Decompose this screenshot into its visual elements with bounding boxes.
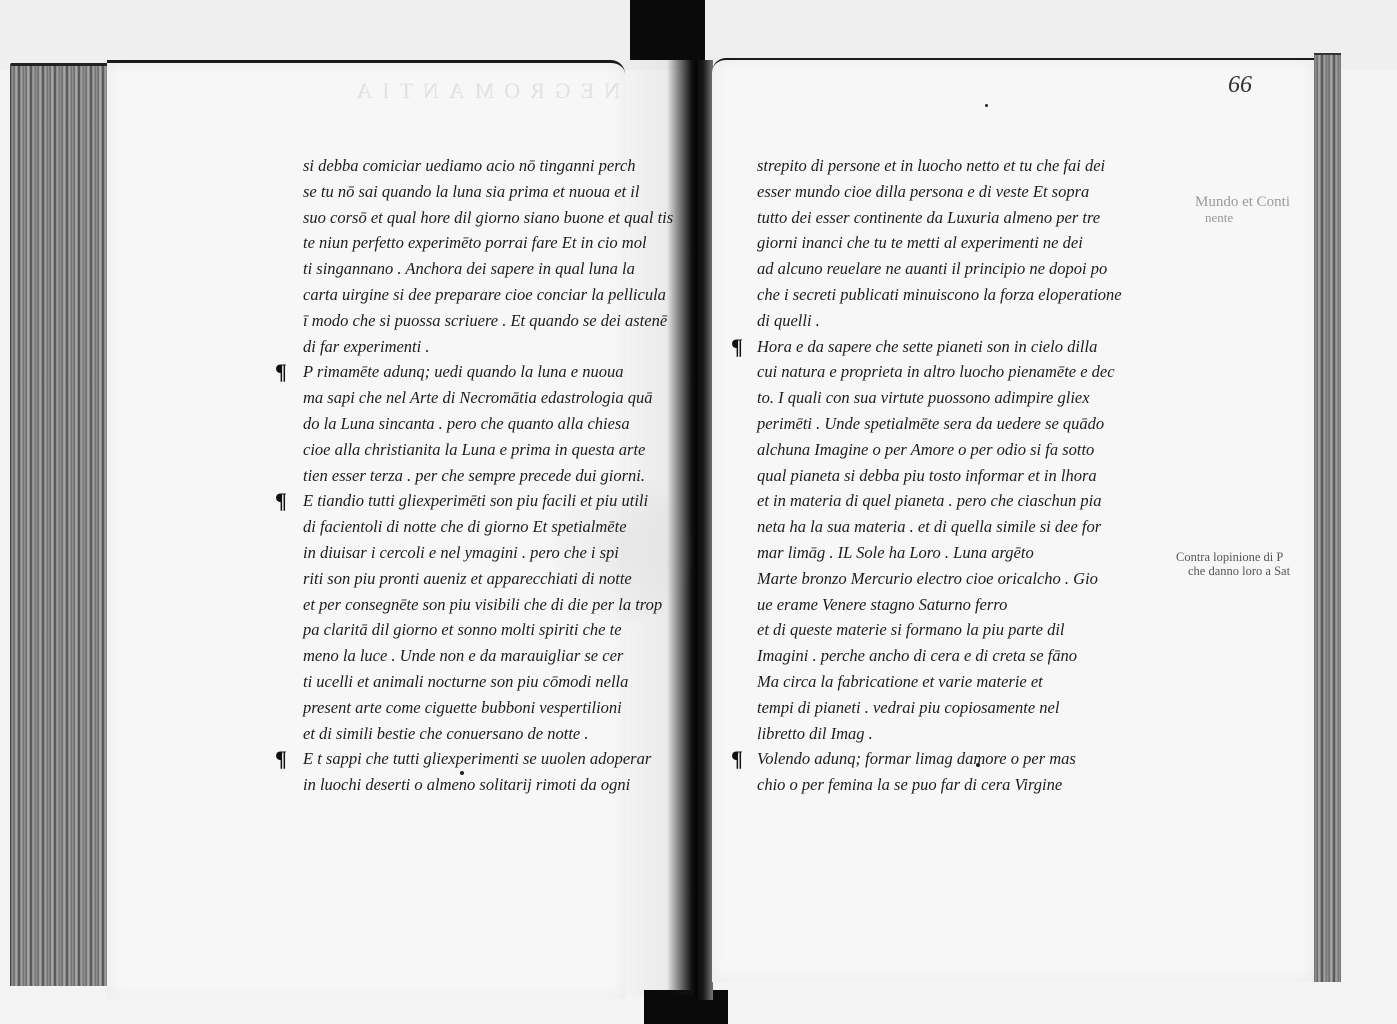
line-text: suo corsō et qual hore dil giorno siano …: [303, 208, 673, 227]
line-text: tempi di pianeti . vedrai piu copiosamen…: [757, 698, 1059, 717]
line-text: et di simili bestie che conuersano de no…: [303, 724, 588, 743]
pilcrow-icon: ¶: [275, 359, 287, 385]
line-text: Imagini . perche ancho di cera e di cret…: [757, 646, 1077, 665]
manuscript-line: present arte come ciguette bubboni vespe…: [303, 695, 698, 721]
pilcrow-icon: ¶: [731, 746, 743, 772]
line-text: strepito di persone et in luocho netto e…: [757, 156, 1105, 175]
line-text: cui natura e proprieta in altro luocho p…: [757, 362, 1115, 381]
manuscript-line: alchuna Imagine o per Amore o per odio s…: [757, 437, 1152, 463]
manuscript-line: carta uirgine si dee preparare cioe conc…: [303, 282, 698, 308]
line-text: in diuisar i cercoli e nel ymagini . per…: [303, 543, 619, 562]
pilcrow-icon: ¶: [275, 488, 287, 514]
line-text: te niun perfetto experimēto porrai fare …: [303, 233, 647, 252]
line-text: riti son piu pronti aueniz et apparecchi…: [303, 569, 632, 588]
line-text: che i secreti publicati minuiscono la fo…: [757, 285, 1122, 304]
line-text: carta uirgine si dee preparare cioe conc…: [303, 285, 666, 304]
line-text: meno la luce . Unde non e da marauigliar…: [303, 646, 623, 665]
line-text: giorni inanci che tu te metti al experim…: [757, 233, 1083, 252]
line-text: libretto dil Imag .: [757, 724, 873, 743]
manuscript-line: mar limāg . IL Sole ha Loro . Luna argēt…: [757, 540, 1152, 566]
manuscript-line: di far experimenti .: [303, 334, 698, 360]
manuscript-line: ¶P rimamēte adunq; uedi quando la luna e…: [303, 359, 698, 385]
line-text: di quelli .: [757, 311, 820, 330]
manuscript-line: tien esser terza . per che sempre preced…: [303, 463, 698, 489]
line-text: neta ha la sua materia . et di quella si…: [757, 517, 1101, 536]
folio-number: 66: [1228, 72, 1252, 99]
line-text: Marte bronzo Mercurio electro cioe orica…: [757, 569, 1098, 588]
manuscript-line: perimēti . Unde spetialmēte sera da uede…: [757, 411, 1152, 437]
line-text: di far experimenti .: [303, 337, 429, 356]
manuscript-line: in diuisar i cercoli e nel ymagini . per…: [303, 540, 698, 566]
line-text: et per consegnēte son piu visibili che d…: [303, 595, 662, 614]
line-text: ue erame Venere stagno Saturno ferro: [757, 595, 1007, 614]
manuscript-line: ue erame Venere stagno Saturno ferro: [757, 592, 1152, 618]
manuscript-line: libretto dil Imag .: [757, 721, 1152, 747]
manuscript-line: Ma circa la fabricatione et varie materi…: [757, 669, 1152, 695]
ink-dot: [985, 104, 988, 107]
manuscript-line: Imagini . perche ancho di cera e di cret…: [757, 643, 1152, 669]
manuscript-line: riti son piu pronti aueniz et apparecchi…: [303, 566, 698, 592]
line-text: esser mundo cioe dilla persona e di vest…: [757, 182, 1089, 201]
manuscript-line: tutto dei esser continente da Luxuria al…: [757, 205, 1152, 231]
manuscript-line: strepito di persone et in luocho netto e…: [757, 153, 1152, 179]
line-text: Ma circa la fabricatione et varie materi…: [757, 672, 1043, 691]
pilcrow-icon: ¶: [275, 746, 287, 772]
marginal-line: che danno loro a Sat: [1176, 564, 1290, 578]
manuscript-line: ti ucelli et animali nocturne son piu cō…: [303, 669, 698, 695]
manuscript-line: se tu nō sai quando la luna sia prima et…: [303, 179, 698, 205]
line-text: to. I quali con sua virtute puossono adi…: [757, 388, 1090, 407]
line-text: et di queste materie si formano la piu p…: [757, 620, 1065, 639]
manuscript-line: Marte bronzo Mercurio electro cioe orica…: [757, 566, 1152, 592]
manuscript-line: to. I quali con sua virtute puossono adi…: [757, 385, 1152, 411]
manuscript-line: tempi di pianeti . vedrai piu copiosamen…: [757, 695, 1152, 721]
line-text: do la Luna sincanta . pero che quanto al…: [303, 414, 630, 433]
manuscript-line: do la Luna sincanta . pero che quanto al…: [303, 411, 698, 437]
right-page-edges: [1314, 53, 1341, 982]
marginal-line: Mundo et Conti: [1195, 195, 1290, 210]
line-text: ad alcuno reuelare ne auanti il principi…: [757, 259, 1107, 278]
line-text: perimēti . Unde spetialmēte sera da uede…: [757, 414, 1104, 433]
line-text: cioe alla christianita la Luna e prima i…: [303, 440, 645, 459]
left-page-edges: [10, 63, 108, 986]
marginal-note-contra: Contra lopinione di P che danno loro a S…: [1176, 550, 1290, 578]
manuscript-line: di quelli .: [757, 308, 1152, 334]
manuscript-line: neta ha la sua materia . et di quella si…: [757, 514, 1152, 540]
manuscript-line: et di queste materie si formano la piu p…: [757, 617, 1152, 643]
line-text: E tiandio tutti gliexperimēti son piu fa…: [303, 491, 648, 510]
manuscript-line: pa claritā dil giorno et sonno molti spi…: [303, 617, 698, 643]
line-text: ī modo che si puossa scriuere . Et quand…: [303, 311, 667, 330]
line-text: tutto dei esser continente da Luxuria al…: [757, 208, 1100, 227]
manuscript-line: che i secreti publicati minuiscono la fo…: [757, 282, 1152, 308]
line-text: present arte come ciguette bubboni vespe…: [303, 698, 622, 717]
line-text: E t sappi che tutti gliexperimenti se uu…: [303, 749, 651, 768]
manuscript-line: qual pianeta si debba piu tosto informar…: [757, 463, 1152, 489]
manuscript-line: suo corsō et qual hore dil giorno siano …: [303, 205, 698, 231]
manuscript-line: ī modo che si puossa scriuere . Et quand…: [303, 308, 698, 334]
manuscript-line: ¶E tiandio tutti gliexperimēti son piu f…: [303, 488, 698, 514]
line-text: si debba comiciar uediamo acio nō tingan…: [303, 156, 636, 175]
spine-shadow-top: [630, 0, 705, 60]
line-text: chio o per femina la se puo far di cera …: [757, 775, 1062, 794]
line-text: et in materia di quel pianeta . pero che…: [757, 491, 1101, 510]
line-text: pa claritā dil giorno et sonno molti spi…: [303, 620, 622, 639]
manuscript-line: ¶Volendo adunq; formar limag damore o pe…: [757, 746, 1152, 772]
manuscript-line: et di simili bestie che conuersano de no…: [303, 721, 698, 747]
showthrough-heading: NEGROMANTIA: [320, 78, 620, 104]
line-text: Hora e da sapere che sette pianeti son i…: [757, 337, 1097, 356]
line-text: alchuna Imagine o per Amore o per odio s…: [757, 440, 1094, 459]
manuscript-line: ti singannano . Anchora dei sapere in qu…: [303, 256, 698, 282]
line-text: ti ucelli et animali nocturne son piu cō…: [303, 672, 628, 691]
ink-dot: [460, 771, 464, 775]
line-text: in luochi deserti o almeno solitarij rim…: [303, 775, 630, 794]
manuscript-line: si debba comiciar uediamo acio nō tingan…: [303, 153, 698, 179]
manuscript-line: esser mundo cioe dilla persona e di vest…: [757, 179, 1152, 205]
line-text: mar limāg . IL Sole ha Loro . Luna argēt…: [757, 543, 1034, 562]
line-text: di facientoli di notte che di giorno Et …: [303, 517, 627, 536]
manuscript-line: ad alcuno reuelare ne auanti il principi…: [757, 256, 1152, 282]
line-text: P rimamēte adunq; uedi quando la luna e …: [303, 362, 624, 381]
manuscript-line: meno la luce . Unde non e da marauigliar…: [303, 643, 698, 669]
line-text: ma sapi che nel Arte di Necromātia edast…: [303, 388, 653, 407]
line-text: se tu nō sai quando la luna sia prima et…: [303, 182, 639, 201]
line-text: Volendo adunq; formar limag damore o per…: [757, 749, 1076, 768]
line-text: qual pianeta si debba piu tosto informar…: [757, 466, 1097, 485]
book-gutter: [697, 60, 713, 1000]
manuscript-line: di facientoli di notte che di giorno Et …: [303, 514, 698, 540]
marginal-line: nente: [1195, 210, 1290, 225]
manuscript-line: et per consegnēte son piu visibili che d…: [303, 592, 698, 618]
manuscript-line: in luochi deserti o almeno solitarij rim…: [303, 772, 698, 798]
ink-dot: [976, 763, 980, 767]
manuscript-line: giorni inanci che tu te metti al experim…: [757, 230, 1152, 256]
manuscript-line: ma sapi che nel Arte di Necromātia edast…: [303, 385, 698, 411]
manuscript-line: cui natura e proprieta in altro luocho p…: [757, 359, 1152, 385]
manuscript-line: et in materia di quel pianeta . pero che…: [757, 488, 1152, 514]
line-text: tien esser terza . per che sempre preced…: [303, 466, 645, 485]
marginal-note-mundo: Mundo et Conti nente: [1195, 195, 1290, 225]
pilcrow-icon: ¶: [731, 334, 743, 360]
line-text: ti singannano . Anchora dei sapere in qu…: [303, 259, 635, 278]
right-page-text: strepito di persone et in luocho netto e…: [757, 153, 1152, 798]
left-page-text: si debba comiciar uediamo acio nō tingan…: [303, 153, 698, 798]
manuscript-line: ¶E t sappi che tutti gliexperimenti se u…: [303, 746, 698, 772]
manuscript-line: te niun perfetto experimēto porrai fare …: [303, 230, 698, 256]
manuscript-line: chio o per femina la se puo far di cera …: [757, 772, 1152, 798]
spine-shadow-bottom: [644, 990, 728, 1024]
manuscript-line: ¶Hora e da sapere che sette pianeti son …: [757, 334, 1152, 360]
marginal-line: Contra lopinione di P: [1176, 550, 1290, 564]
manuscript-line: cioe alla christianita la Luna e prima i…: [303, 437, 698, 463]
